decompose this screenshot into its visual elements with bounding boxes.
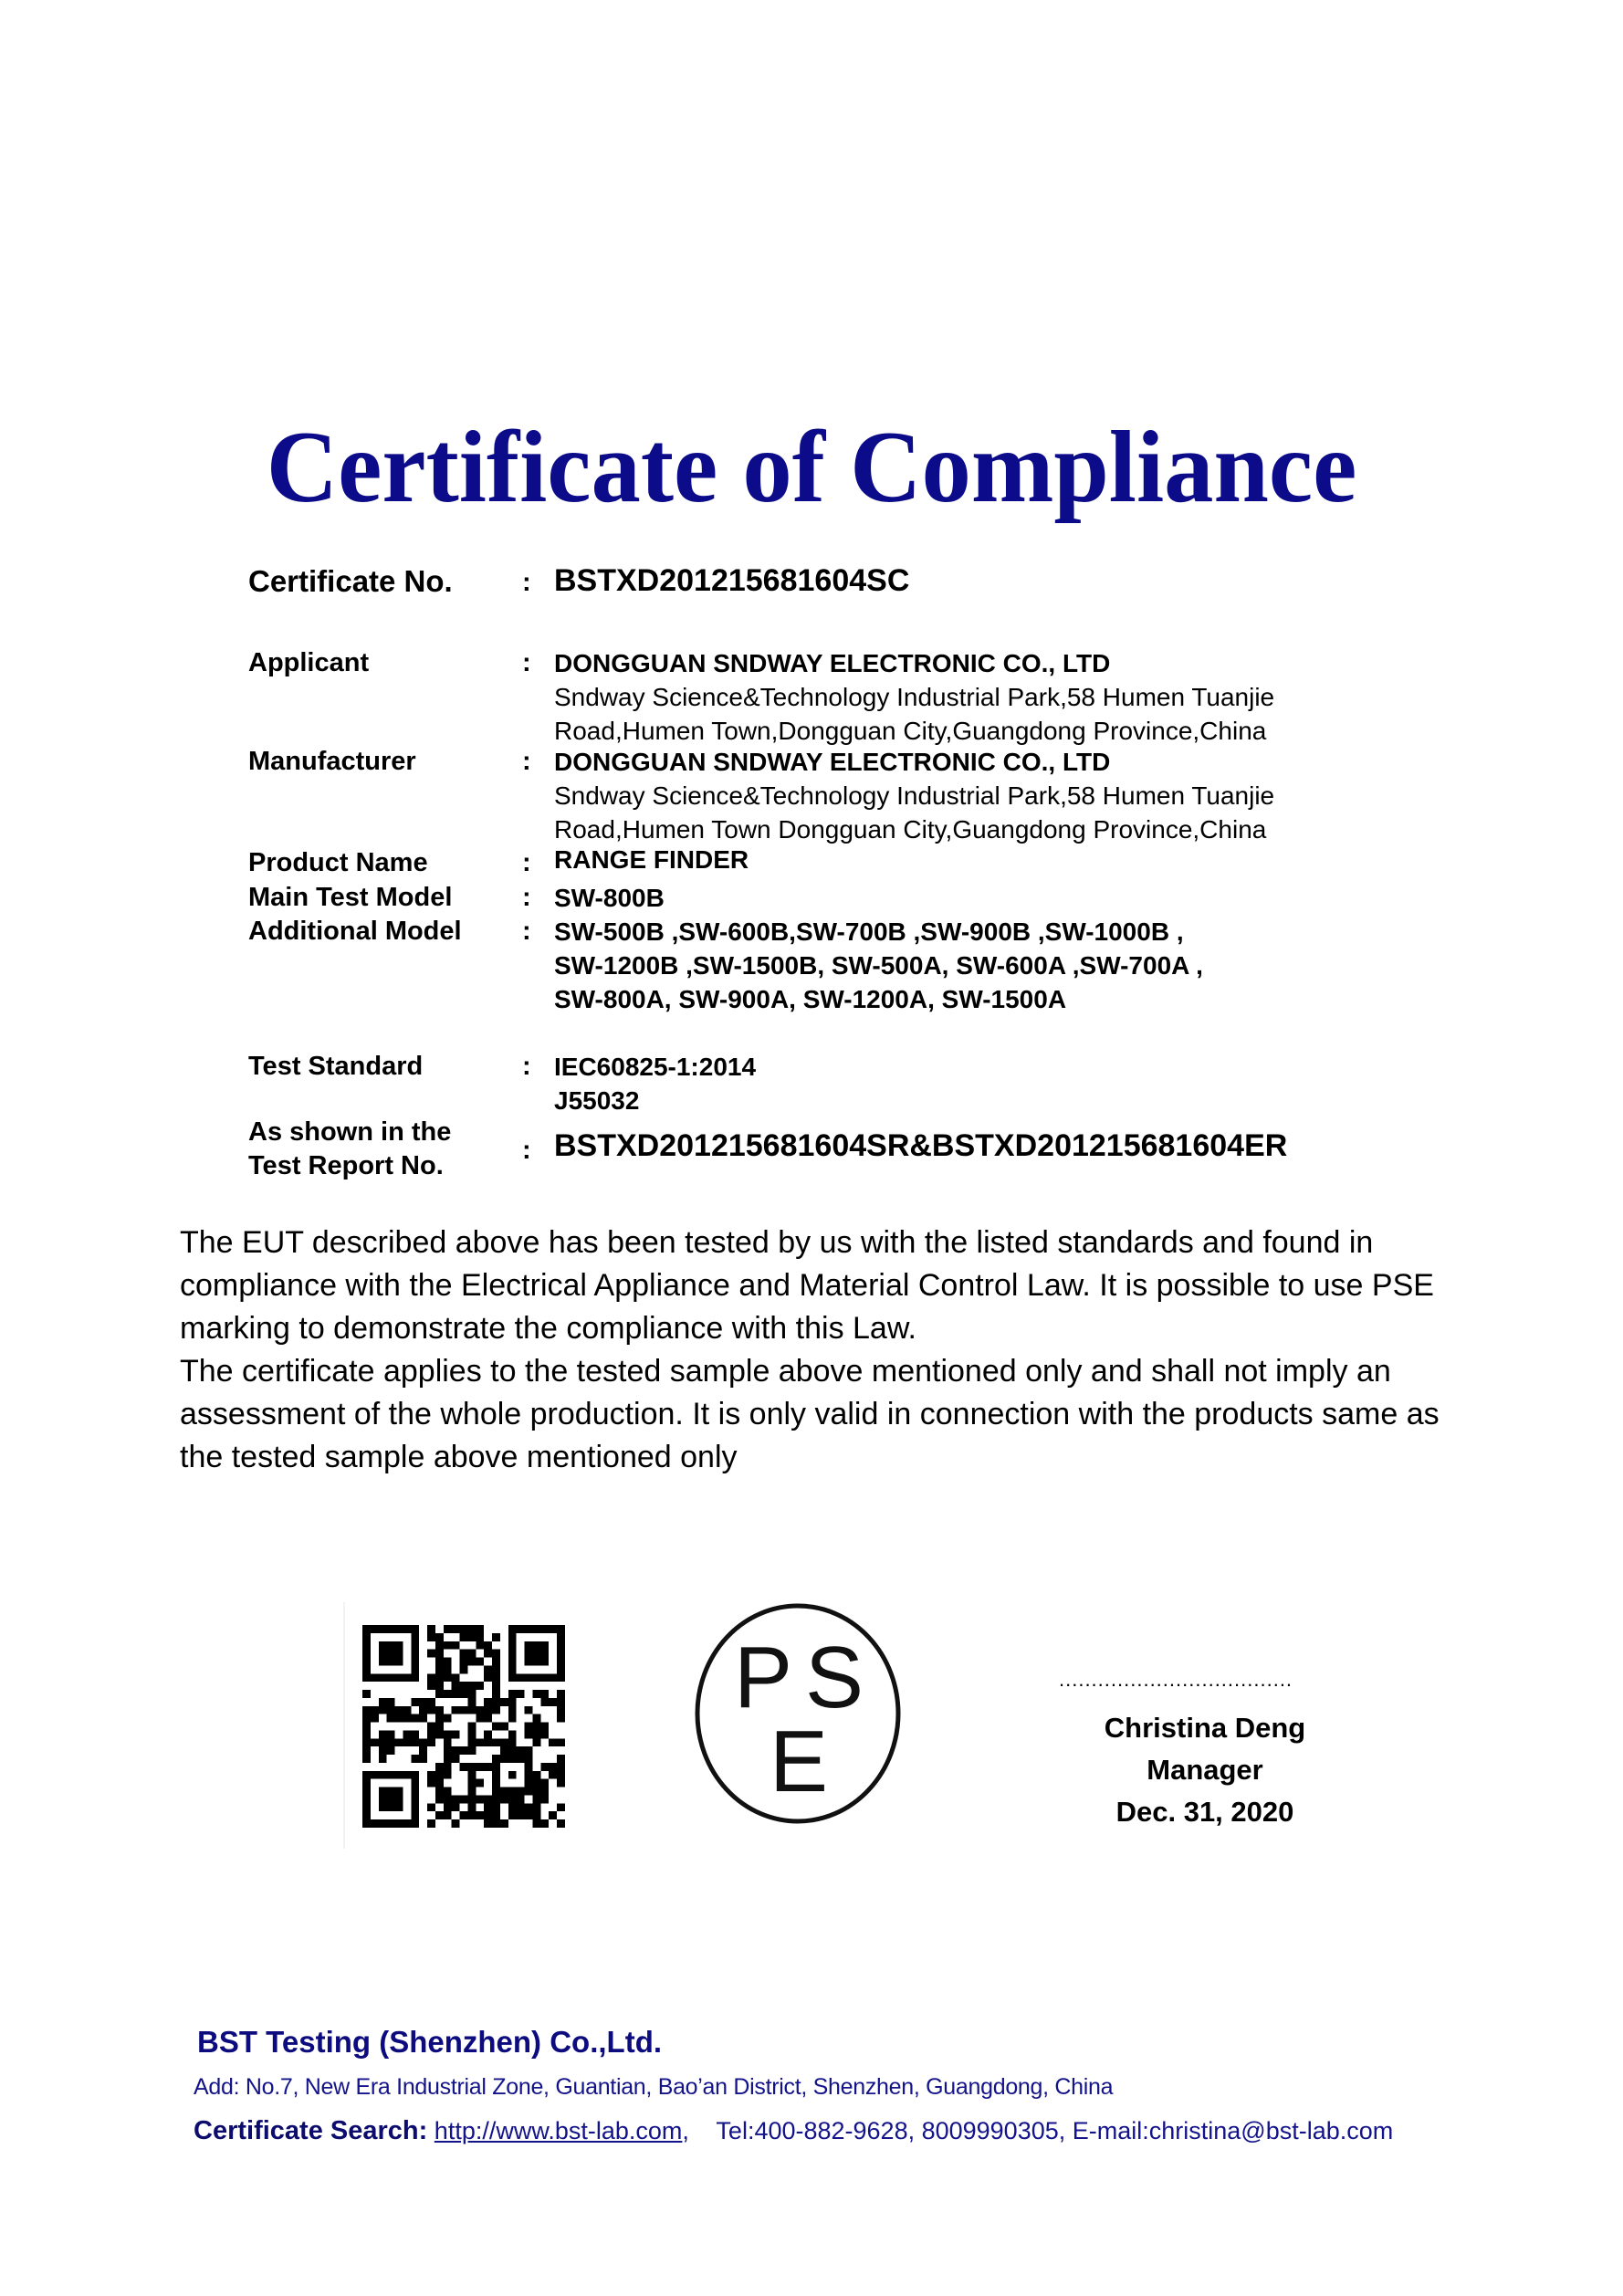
signature-line: ....................................	[1059, 1671, 1333, 1689]
separator: :	[522, 1134, 531, 1168]
separator: :	[522, 745, 531, 779]
footer-contact-line: Certificate Search: http://www.bst-lab.c…	[194, 2116, 1393, 2146]
test-standard-label: Test Standard	[248, 1050, 423, 1084]
document-title: Certificate of Compliance	[25, 409, 1599, 527]
pse-letter-p: P	[734, 1629, 792, 1726]
compliance-statement: The EUT described above has been tested …	[180, 1221, 1458, 1479]
manufacturer-address-line: Road,Humen Town Dongguan City,Guangdong …	[554, 813, 1430, 846]
applicant-address-line: Sndway Science&Technology Industrial Par…	[554, 680, 1430, 714]
certificate-number-value: BSTXD201215681604SC	[554, 564, 1430, 598]
separator: :	[522, 915, 531, 949]
main-test-model-value: SW-800B	[554, 881, 1430, 915]
test-standard-value: IEC60825-1:2014 J55032	[554, 1050, 1430, 1117]
test-report-label-line: As shown in the	[248, 1116, 451, 1149]
footer-contact-info: , Tel:400-882-9628, 8009990305, E-mail:c…	[682, 2117, 1393, 2144]
footer-company-name: BST Testing (Shenzhen) Co.,Ltd.	[197, 2025, 662, 2060]
separator: :	[522, 646, 531, 680]
certificate-number-label: Certificate No.	[248, 564, 453, 598]
test-report-label-line: Test Report No.	[248, 1149, 451, 1183]
applicant-value: DONGGUAN SNDWAY ELECTRONIC CO., LTD Sndw…	[554, 646, 1430, 748]
qr-code-icon	[362, 1625, 565, 1828]
separator: :	[522, 1050, 531, 1084]
manufacturer-address-line: Sndway Science&Technology Industrial Par…	[554, 779, 1430, 813]
applicant-name: DONGGUAN SNDWAY ELECTRONIC CO., LTD	[554, 646, 1430, 680]
test-standard-line: J55032	[554, 1084, 1430, 1117]
additional-model-line: SW-1200B ,SW-1500B, SW-500A, SW-600A ,SW…	[554, 949, 1430, 982]
additional-model-value: SW-500B ,SW-600B,SW-700B ,SW-900B ,SW-10…	[554, 915, 1430, 1016]
test-report-label: As shown in the Test Report No.	[248, 1116, 451, 1183]
separator: :	[522, 846, 531, 880]
test-standard-line: IEC60825-1:2014	[554, 1050, 1430, 1084]
pse-letter-s: S	[805, 1629, 864, 1726]
statement-paragraph: The EUT described above has been tested …	[180, 1221, 1458, 1350]
pse-mark-icon: P S E	[692, 1599, 904, 1828]
manufacturer-name: DONGGUAN SNDWAY ELECTRONIC CO., LTD	[554, 745, 1430, 779]
manufacturer-label: Manufacturer	[248, 745, 416, 779]
pse-letter-e: E	[770, 1713, 828, 1810]
product-name-value: RANGE FINDER	[554, 843, 1430, 876]
main-test-model-label: Main Test Model	[248, 881, 452, 915]
additional-model-line: SW-500B ,SW-600B,SW-700B ,SW-900B ,SW-10…	[554, 915, 1430, 949]
product-name-label: Product Name	[248, 846, 428, 880]
manufacturer-value: DONGGUAN SNDWAY ELECTRONIC CO., LTD Sndw…	[554, 745, 1430, 846]
additional-model-label: Additional Model	[248, 915, 462, 949]
additional-model-line: SW-800A, SW-900A, SW-1200A, SW-1500A	[554, 982, 1430, 1016]
statement-paragraph: The certificate applies to the tested sa…	[180, 1350, 1458, 1479]
certificate-search-label: Certificate Search:	[194, 2116, 427, 2145]
footer-address: Add: No.7, New Era Industrial Zone, Guan…	[194, 2074, 1113, 2101]
signatory-name: Christina Deng	[1041, 1707, 1369, 1749]
test-report-value: BSTXD201215681604SR&BSTXD201215681604ER	[554, 1129, 1430, 1163]
signature-date: Dec. 31, 2020	[1041, 1791, 1369, 1833]
applicant-label: Applicant	[248, 646, 369, 680]
signatory-role: Manager	[1041, 1749, 1369, 1791]
certificate-search-link[interactable]: http://www.bst-lab.com	[435, 2117, 683, 2144]
applicant-address-line: Road,Humen Town,Dongguan City,Guangdong …	[554, 714, 1430, 748]
separator: :	[522, 566, 531, 600]
separator: :	[522, 881, 531, 915]
